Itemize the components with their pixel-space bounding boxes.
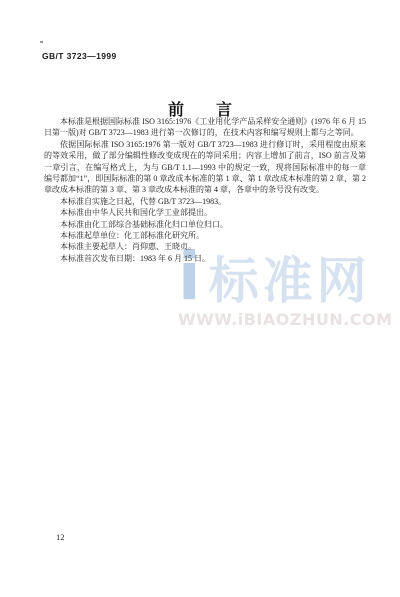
foreword-paragraph: 本标准是根据国际标准 ISO 3165:1976《工业用化学产品采样安全通则》(… (44, 116, 366, 139)
foreword-paragraph: 本标准由化工部综合基础标准化归口单位归口。 (44, 219, 366, 230)
foreword-paragraph: 本标准起草单位：化工部标准化研究所。 (44, 230, 366, 241)
foreword-paragraph: 本标准首次发布日期：1983 年 6 月 15 日。 (44, 253, 366, 264)
scan-artifact-dot (40, 41, 43, 43)
foreword-paragraph: 依据国际标准 ISO 3165:1976 第一版对 GB/T 3723—1983… (44, 139, 366, 196)
standard-number: GB/T 3723—1999 (42, 51, 117, 61)
foreword-paragraph: 本标准主要起草人：肖仰惠、王晓贞。 (44, 241, 366, 252)
watermark-url: WWW.iBIAOZHUN.COM (178, 310, 393, 329)
foreword-body: 本标准是根据国际标准 ISO 3165:1976《工业用化学产品采样安全通则》(… (44, 116, 366, 264)
foreword-paragraph: 本标准由中华人民共和国化学工业部提出。 (44, 207, 366, 218)
page-number: 12 (56, 532, 65, 542)
foreword-paragraph: 本标准自实施之日起，代替 GB/T 3723—1983。 (44, 196, 366, 207)
document-page: GB/T 3723—1999 前 言 本标准是根据国际标准 ISO 3165:1… (0, 0, 400, 597)
